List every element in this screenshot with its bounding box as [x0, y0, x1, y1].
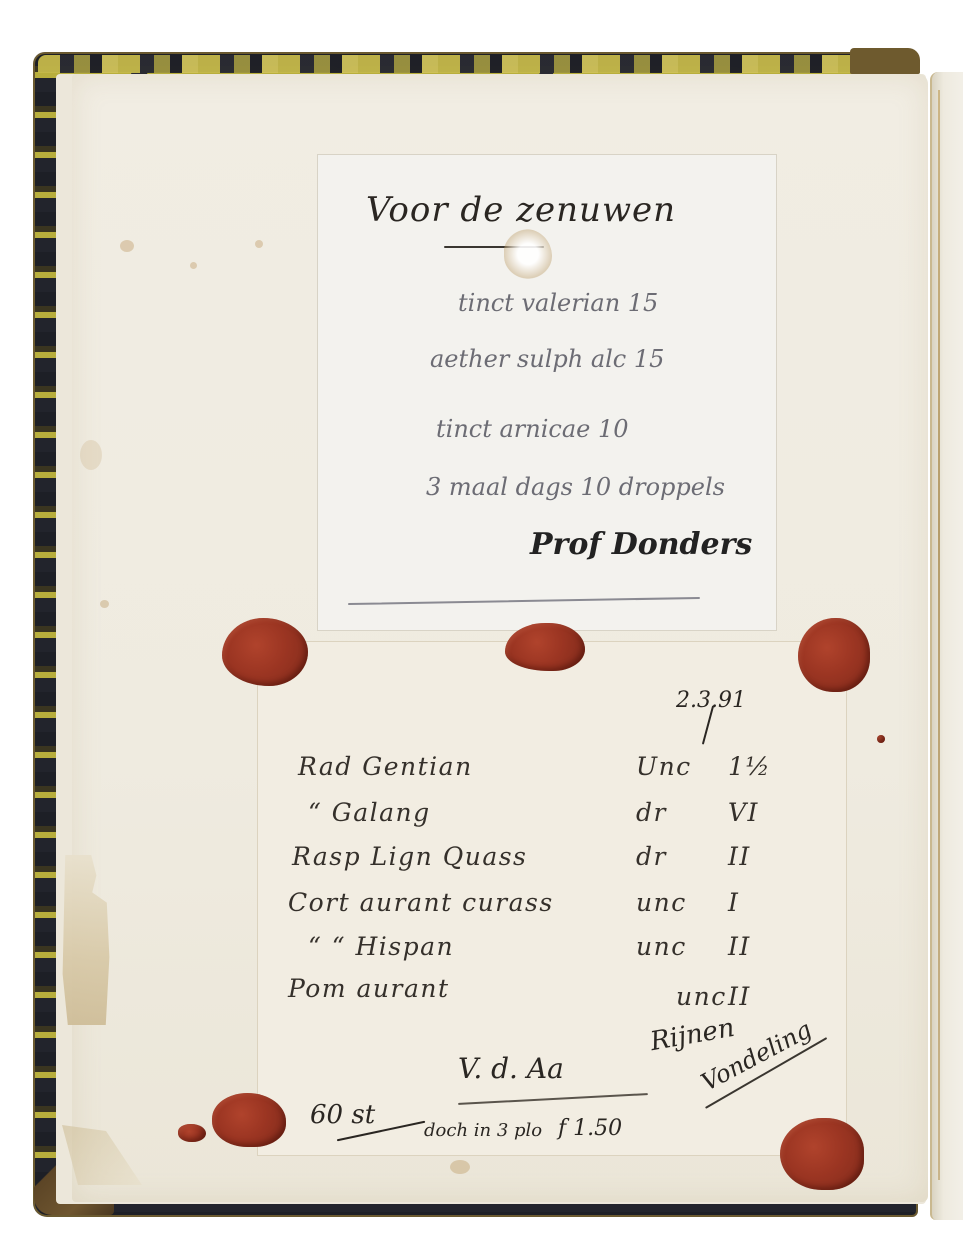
wax-seal-top-right	[798, 618, 870, 692]
rx-qty: II	[728, 842, 751, 871]
card2-signature-rijnen: Rijnen	[648, 1013, 737, 1057]
foxing-spot	[80, 440, 102, 470]
rx-unit: unc	[636, 888, 687, 917]
signature-flourish	[458, 1093, 648, 1104]
rx-unit: unc	[636, 932, 687, 961]
wax-seal-top-left	[222, 618, 308, 686]
wax-drop	[877, 735, 885, 743]
rx-qty: VI	[728, 798, 759, 827]
rx-qty: II	[728, 982, 751, 1011]
footer-count: 60 st	[310, 1100, 375, 1130]
rx-qty: II	[728, 932, 751, 961]
footer-note: doch in 3 plo	[424, 1120, 542, 1141]
rx-item: Pom aurant	[288, 974, 450, 1003]
wax-seal-top-center	[505, 623, 585, 671]
rx-item: Rasp Lign Quass	[292, 842, 527, 871]
foxing-spot	[255, 240, 263, 248]
card2-signature-vdaa: V. d. Aa	[458, 1052, 564, 1085]
footer-price: f 1.50	[558, 1116, 622, 1141]
foxing-spot	[450, 1160, 470, 1174]
rx-unit: dr	[636, 842, 667, 871]
card1-signature: Prof Donders	[530, 527, 752, 562]
facing-page-edge	[930, 72, 963, 1220]
prescription-card-donders: Voor de zenuwen tinct valerian 15 aether…	[318, 155, 776, 630]
rx-unit: Unc	[636, 752, 692, 781]
signature-rule	[348, 597, 700, 605]
wax-seal-bottom-right	[780, 1118, 864, 1190]
book-cover-top-edge	[38, 55, 914, 73]
book-cover-torn-corner	[850, 48, 920, 74]
card1-line: 3 maal dags 10 droppels	[426, 473, 725, 501]
card1-line: tinct valerian 15	[458, 289, 658, 317]
foxing-spot	[100, 600, 109, 608]
rx-unit: dr	[636, 798, 667, 827]
rx-item: “ “ Hispan	[308, 932, 454, 961]
wax-seal-bottom-left	[212, 1093, 286, 1147]
rx-qty: 1½	[728, 752, 771, 781]
card1-line: tinct arnicae 10	[436, 415, 629, 443]
rx-item: “ Galang	[308, 798, 431, 827]
prescription-card-pharmacy: 2.3.91 Rad Gentian Unc 1½ “ Galang dr VI…	[258, 642, 846, 1155]
foxing-spot	[190, 262, 197, 269]
card1-heading: Voor de zenuwen	[366, 190, 676, 230]
rx-qty: I	[728, 888, 739, 917]
foxing-spot	[120, 240, 134, 252]
rx-item: Cort aurant curass	[288, 888, 554, 917]
card1-line: aether sulph alc 15	[430, 345, 664, 373]
rx-item: Rad Gentian	[298, 752, 473, 781]
ink-stain	[504, 229, 552, 279]
rx-unit: unc	[676, 982, 727, 1011]
page-gutter	[938, 90, 940, 1180]
wax-seal-bottom-left-fragment	[178, 1124, 206, 1142]
